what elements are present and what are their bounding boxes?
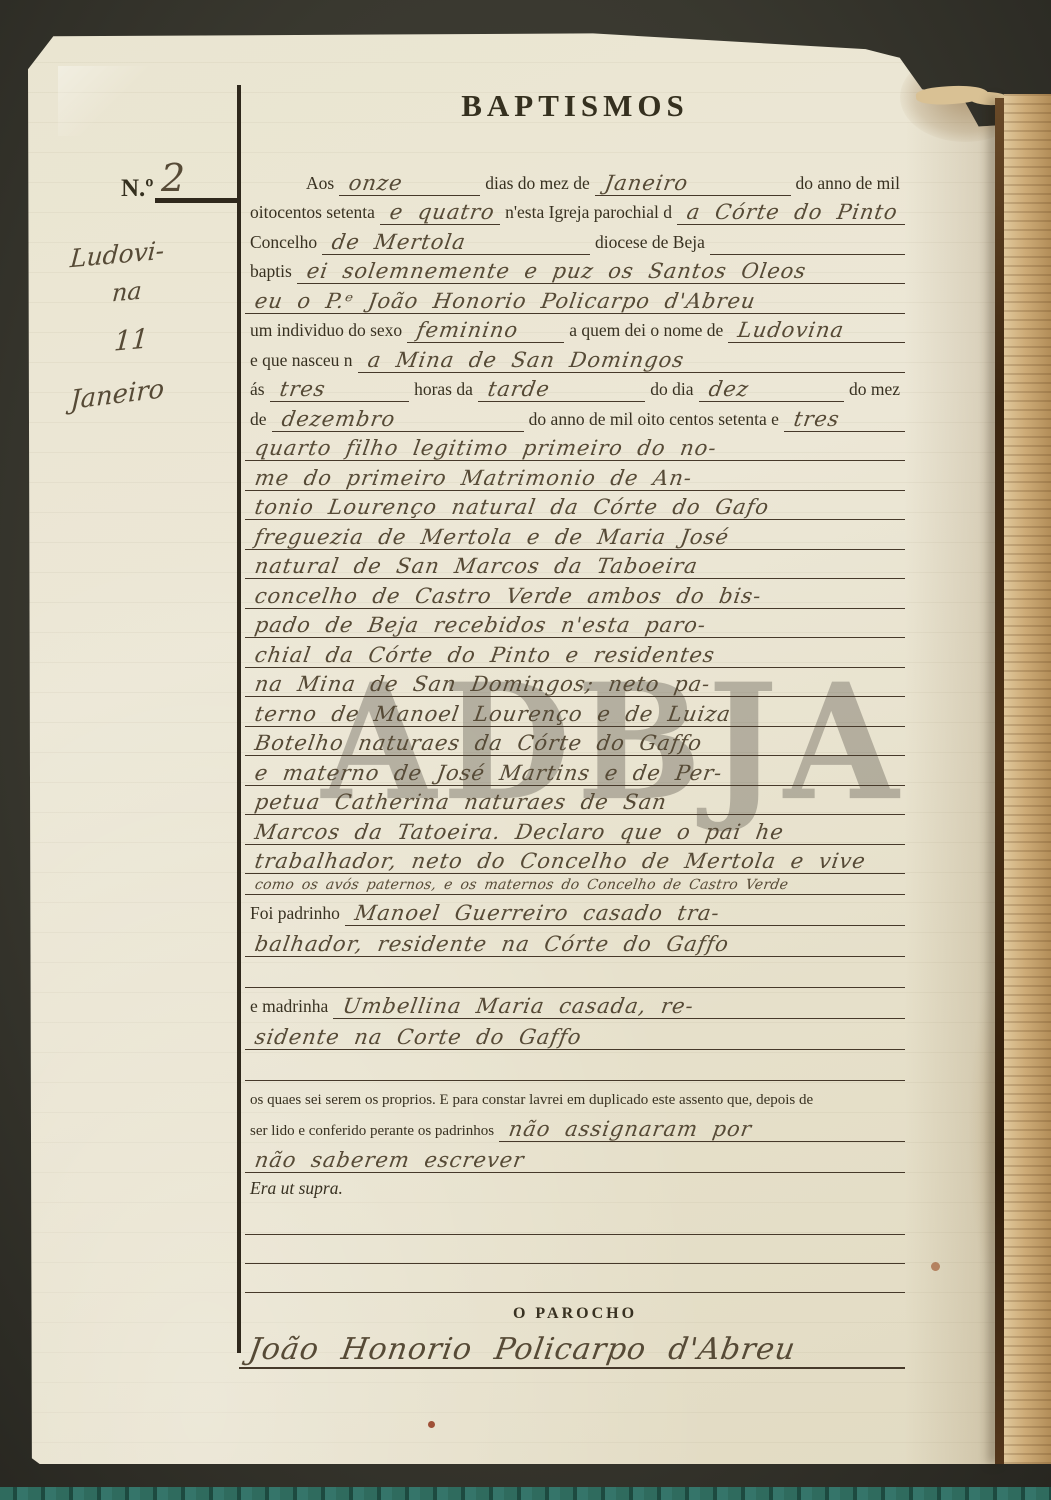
ruled-blank-line — [245, 1245, 905, 1264]
handwritten-entry: chial da Córte do Pinto e residentes — [253, 643, 717, 667]
ruled-entry-line: freguezia de Mertola e de Maria José — [245, 525, 905, 550]
form-line: terno de Manoel Lourenço e de Luiza — [245, 697, 905, 727]
ruled-entry-line: pado de Beja recebidos n'esta paro- — [245, 613, 905, 638]
line-godfather: Foi padrinhoManoel Guerreiro casado tra- — [245, 895, 905, 926]
ruled-entry-line: Ludovina — [728, 318, 905, 343]
form-line: trabalhador, neto do Concelho de Mertola… — [245, 845, 905, 875]
ruled-entry-line: dez — [699, 377, 844, 402]
printed-form-text: O PAROCHO — [508, 1305, 642, 1325]
handwritten-entry: Marcos da Tatoeira. Declaro que o pai he — [253, 820, 786, 844]
line-date: Aosonzedias do mez deJaneirodo anno de m… — [245, 166, 905, 196]
form-line: Marcos da Tatoeira. Declaro que o pai he — [245, 815, 905, 845]
line-birthplace: e que nasceu na Mina de San Domingos — [245, 343, 905, 373]
printed-form-text: dias do mez de — [480, 173, 594, 196]
line-closing-printed: os quaes sei serem os proprios. E para c… — [245, 1081, 905, 1111]
printed-form-text: Aos — [301, 173, 339, 196]
line-birth-month-year: dedezembrodo anno de mil oito centos set… — [245, 402, 905, 432]
handwritten-entry: de Mertola — [330, 230, 468, 254]
line-blank — [245, 1264, 905, 1293]
ruled-entry-line: João Honorio Policarpo d'Abreu — [239, 1332, 905, 1369]
line-baptizei: baptisei solemnemente e puz os Santos Ol… — [245, 255, 905, 285]
paper-corner-fold — [58, 66, 148, 136]
line-godmother: e madrinhaUmbellina Maria casada, re- — [245, 988, 905, 1019]
margin-annotation-day: 11 — [113, 323, 149, 357]
ruled-entry-line: terno de Manoel Lourenço e de Luiza — [245, 702, 905, 727]
printed-form-text: do anno de mil oito centos setenta e — [524, 409, 784, 432]
ruled-entry-line: Umbellina Maria casada, re- — [333, 994, 905, 1019]
ruled-entry-line: onze — [339, 171, 480, 196]
page-title: BAPTISMOS — [245, 88, 905, 124]
form-line: e materno de José Martins e de Per- — [245, 756, 905, 786]
ruled-entry-line: trabalhador, neto do Concelho de Mertola… — [245, 849, 905, 874]
handwritten-entry: a Córte do Pinto — [685, 200, 900, 224]
printed-form-text: baptis — [245, 261, 297, 284]
handwritten-entry: João Honorio Policarpo d'Abreu — [246, 1332, 798, 1367]
line-sex-name: um individuo do sexofemininoa quem dei o… — [245, 314, 905, 344]
ruled-blank-line — [245, 969, 905, 988]
handwritten-entry: tres — [792, 407, 841, 431]
printed-form-text: ás — [245, 379, 270, 402]
scanner-mat-strip — [0, 1487, 1051, 1500]
ruled-entry-line: tres — [784, 407, 905, 432]
line-signing-note: ser lido e conferido perante os padrinho… — [245, 1111, 905, 1142]
handwritten-entry: Umbellina Maria casada, re- — [341, 994, 696, 1018]
ruled-entry-line: Manoel Guerreiro casado tra- — [345, 901, 905, 926]
handwritten-entry: tres — [278, 377, 327, 401]
handwritten-entry: tonio Lourenço natural da Córte do Gafo — [253, 495, 771, 519]
line-concelho-diocese: Concelhode Mertoladiocese de Beja — [245, 225, 905, 255]
printed-form-text: oitocentos setenta — [245, 202, 380, 225]
handwritten-entry: dezembro — [280, 407, 397, 431]
margin-annotation-name-line2: na — [111, 277, 143, 308]
margin-annotation-month: Janeiro — [70, 374, 165, 416]
ruled-entry-line: a Córte do Pinto — [677, 200, 905, 225]
ruled-entry-line: Marcos da Tatoeira. Declaro que o pai he — [245, 820, 905, 845]
printed-form-text: Era ut supra. — [245, 1178, 348, 1201]
form-line: pado de Beja recebidos n'esta paro- — [245, 609, 905, 639]
handwritten-entry: e materno de José Martins e de Per- — [253, 761, 724, 785]
form-line: tonio Lourenço natural da Córte do Gafo — [245, 491, 905, 521]
printed-form-text: os quaes sei serem os proprios. E para c… — [245, 1092, 818, 1111]
paper-stain — [428, 1421, 435, 1428]
baptism-form: Aosonzedias do mez deJaneirodo anno de m… — [245, 166, 905, 1369]
form-line: quarto filho legitimo primeiro do no- — [245, 432, 905, 462]
ruled-entry-line: de Mertola — [322, 230, 590, 255]
handwritten-entry: Manoel Guerreiro casado tra- — [353, 901, 722, 925]
printed-form-text: Concelho — [245, 232, 322, 255]
ruled-entry-line: e materno de José Martins e de Per- — [245, 761, 905, 786]
handwritten-entry: como os avós paternos, e os maternos do … — [254, 877, 790, 893]
ruled-entry-line: tonio Lourenço natural da Córte do Gafo — [245, 495, 905, 520]
form-line: petua Catherina naturaes de San — [245, 786, 905, 816]
line-blank — [245, 1201, 905, 1235]
handwritten-entry: me do primeiro Matrimonio de An- — [253, 466, 694, 490]
scanned-baptism-record: BAPTISMOS N.º 2 Ludovi- na 11 Janeiro AD… — [0, 0, 1051, 1500]
adjacent-page-edges — [1004, 94, 1051, 1464]
line-parocho-heading: O PAROCHO — [245, 1293, 905, 1325]
printed-form-text: a quem dei o nome de — [564, 320, 728, 343]
line-year-parish: oitocentos setentae quatron'esta Igreja … — [245, 196, 905, 226]
printed-form-text: do anno de mil — [791, 173, 906, 196]
book-binding-seam — [995, 98, 1004, 1464]
handwritten-entry: na Mina de San Domingos; neto pa- — [253, 672, 712, 696]
handwritten-entry: dez — [707, 377, 751, 401]
form-line: na Mina de San Domingos; neto pa- — [245, 668, 905, 698]
ruled-entry-line: como os avós paternos, e os maternos do … — [245, 876, 905, 895]
handwritten-entry: sidente na Corte do Gaffo — [253, 1025, 583, 1049]
line-priest-signature: João Honorio Policarpo d'Abreu — [239, 1325, 905, 1369]
handwritten-entry: quarto filho legitimo primeiro do no- — [253, 436, 718, 460]
ruled-blank-line — [245, 1062, 905, 1081]
printed-form-text: n'esta Igreja parochial d — [500, 202, 677, 225]
ruled-entry-line: natural de San Marcos da Taboeira — [245, 554, 905, 579]
ruled-entry-line: balhador, residente na Córte do Gaffo — [245, 932, 905, 957]
ruled-entry-line: e quatro — [380, 200, 500, 225]
ruled-entry-line: não assignaram por — [499, 1117, 905, 1142]
ruled-entry-line: ei solemnemente e puz os Santos Oleos — [297, 259, 905, 284]
form-line: me do primeiro Matrimonio de An- — [245, 461, 905, 491]
handwritten-entry: feminino — [415, 318, 520, 342]
printed-form-text: diocese de Beja — [590, 232, 710, 255]
form-line: Botelho naturaes da Córte do Gaffo — [245, 727, 905, 757]
printed-form-text: ser lido e conferido perante os padrinho… — [245, 1123, 499, 1142]
line-squeezed-note: como os avós paternos, e os maternos do … — [245, 874, 905, 895]
printed-form-text: de — [245, 409, 272, 432]
ruled-entry-line: eu o P.ᵉ João Honorio Policarpo d'Abreu — [245, 289, 905, 314]
form-line: chial da Córte do Pinto e residentes — [245, 638, 905, 668]
handwritten-entry: e quatro — [388, 200, 497, 224]
ruled-entry-line: sidente na Corte do Gaffo — [245, 1025, 905, 1050]
ruled-entry-line: Janeiro — [595, 171, 791, 196]
printed-form-text: do dia — [645, 379, 698, 402]
ruled-entry-line: feminino — [407, 318, 564, 343]
ruled-entry-line: Botelho naturaes da Córte do Gaffo — [245, 731, 905, 756]
line-priest: eu o P.ᵉ João Honorio Policarpo d'Abreu — [245, 284, 905, 314]
ruled-entry-line: dezembro — [272, 407, 524, 432]
handwritten-entry: terno de Manoel Lourenço e de Luiza — [253, 702, 733, 726]
printed-form-text: e madrinha — [245, 996, 333, 1019]
ruled-entry-line: petua Catherina naturaes de San — [245, 790, 905, 815]
ruled-entry-line: me do primeiro Matrimonio de An- — [245, 466, 905, 491]
handwritten-entry: Janeiro — [603, 171, 690, 195]
handwritten-entry: balhador, residente na Córte do Gaffo — [253, 932, 731, 956]
printed-form-text: e que nasceu n — [245, 350, 358, 373]
ruled-entry-line: tres — [270, 377, 410, 402]
form-line: sidente na Corte do Gaffo — [245, 1019, 905, 1050]
handwritten-entry: pado de Beja recebidos n'esta paro- — [253, 613, 708, 637]
ruled-entry-line: concelho de Castro Verde ambos do bis- — [245, 584, 905, 609]
handwritten-entry: trabalhador, neto do Concelho de Mertola… — [253, 849, 868, 873]
line-hour-day: ástreshoras datardedo diadezdo mez — [245, 373, 905, 403]
handwritten-entry: não assignaram por — [507, 1117, 754, 1141]
printed-form-text: Foi padrinho — [245, 903, 345, 926]
ruled-entry-line: a Mina de San Domingos — [358, 348, 905, 373]
ruled-blank-line — [245, 1274, 905, 1293]
form-line: balhador, residente na Córte do Gaffo — [245, 926, 905, 957]
ruled-entry-line: chial da Córte do Pinto e residentes — [245, 643, 905, 668]
printed-form-text: do mez — [844, 379, 905, 402]
ruled-entry-line: na Mina de San Domingos; neto pa- — [245, 672, 905, 697]
handwritten-entry: Botelho naturaes da Córte do Gaffo — [253, 731, 704, 755]
handwritten-entry: eu o P.ᵉ João Honorio Policarpo d'Abreu — [253, 289, 757, 313]
handwritten-entry: concelho de Castro Verde ambos do bis- — [253, 584, 763, 608]
ruled-entry-line: não saberem escrever — [245, 1148, 905, 1173]
line-blank — [245, 957, 905, 988]
paper-sheet: BAPTISMOS N.º 2 Ludovi- na 11 Janeiro AD… — [28, 32, 1002, 1464]
handwritten-entry: Ludovina — [736, 318, 846, 342]
handwritten-entry: ei solemnemente e puz os Santos Oleos — [305, 259, 808, 283]
ruled-blank-line — [710, 236, 905, 255]
printed-form-text: horas da — [409, 379, 478, 402]
margin-annotation-name-line1: Ludovi- — [69, 236, 165, 274]
line-blank — [245, 1235, 905, 1264]
margin-column-rule — [237, 85, 241, 1353]
paper-stain — [931, 1262, 940, 1271]
form-line: não saberem escrever — [245, 1142, 905, 1173]
handwritten-entry: freguezia de Mertola e de Maria José — [253, 525, 731, 549]
record-number-handwritten: 2 — [161, 156, 185, 200]
record-number-label: N.º — [121, 175, 154, 203]
ruled-entry-line: tarde — [478, 377, 645, 402]
line-era-ut-supra: Era ut supra. — [245, 1173, 905, 1201]
handwritten-entry: a Mina de San Domingos — [366, 348, 686, 372]
form-line: natural de San Marcos da Taboeira — [245, 550, 905, 580]
handwritten-entry: tarde — [486, 377, 552, 401]
ruled-blank-line — [245, 1216, 905, 1235]
ruled-entry-line: quarto filho legitimo primeiro do no- — [245, 436, 905, 461]
printed-form-text: um individuo do sexo — [245, 320, 407, 343]
handwritten-entry: onze — [347, 171, 404, 195]
handwritten-entry: petua Catherina naturaes de San — [253, 790, 669, 814]
line-blank — [245, 1050, 905, 1081]
form-line: concelho de Castro Verde ambos do bis- — [245, 579, 905, 609]
handwritten-entry: natural de San Marcos da Taboeira — [253, 554, 700, 578]
handwritten-entry: não saberem escrever — [253, 1148, 526, 1172]
form-line: freguezia de Mertola e de Maria José — [245, 520, 905, 550]
